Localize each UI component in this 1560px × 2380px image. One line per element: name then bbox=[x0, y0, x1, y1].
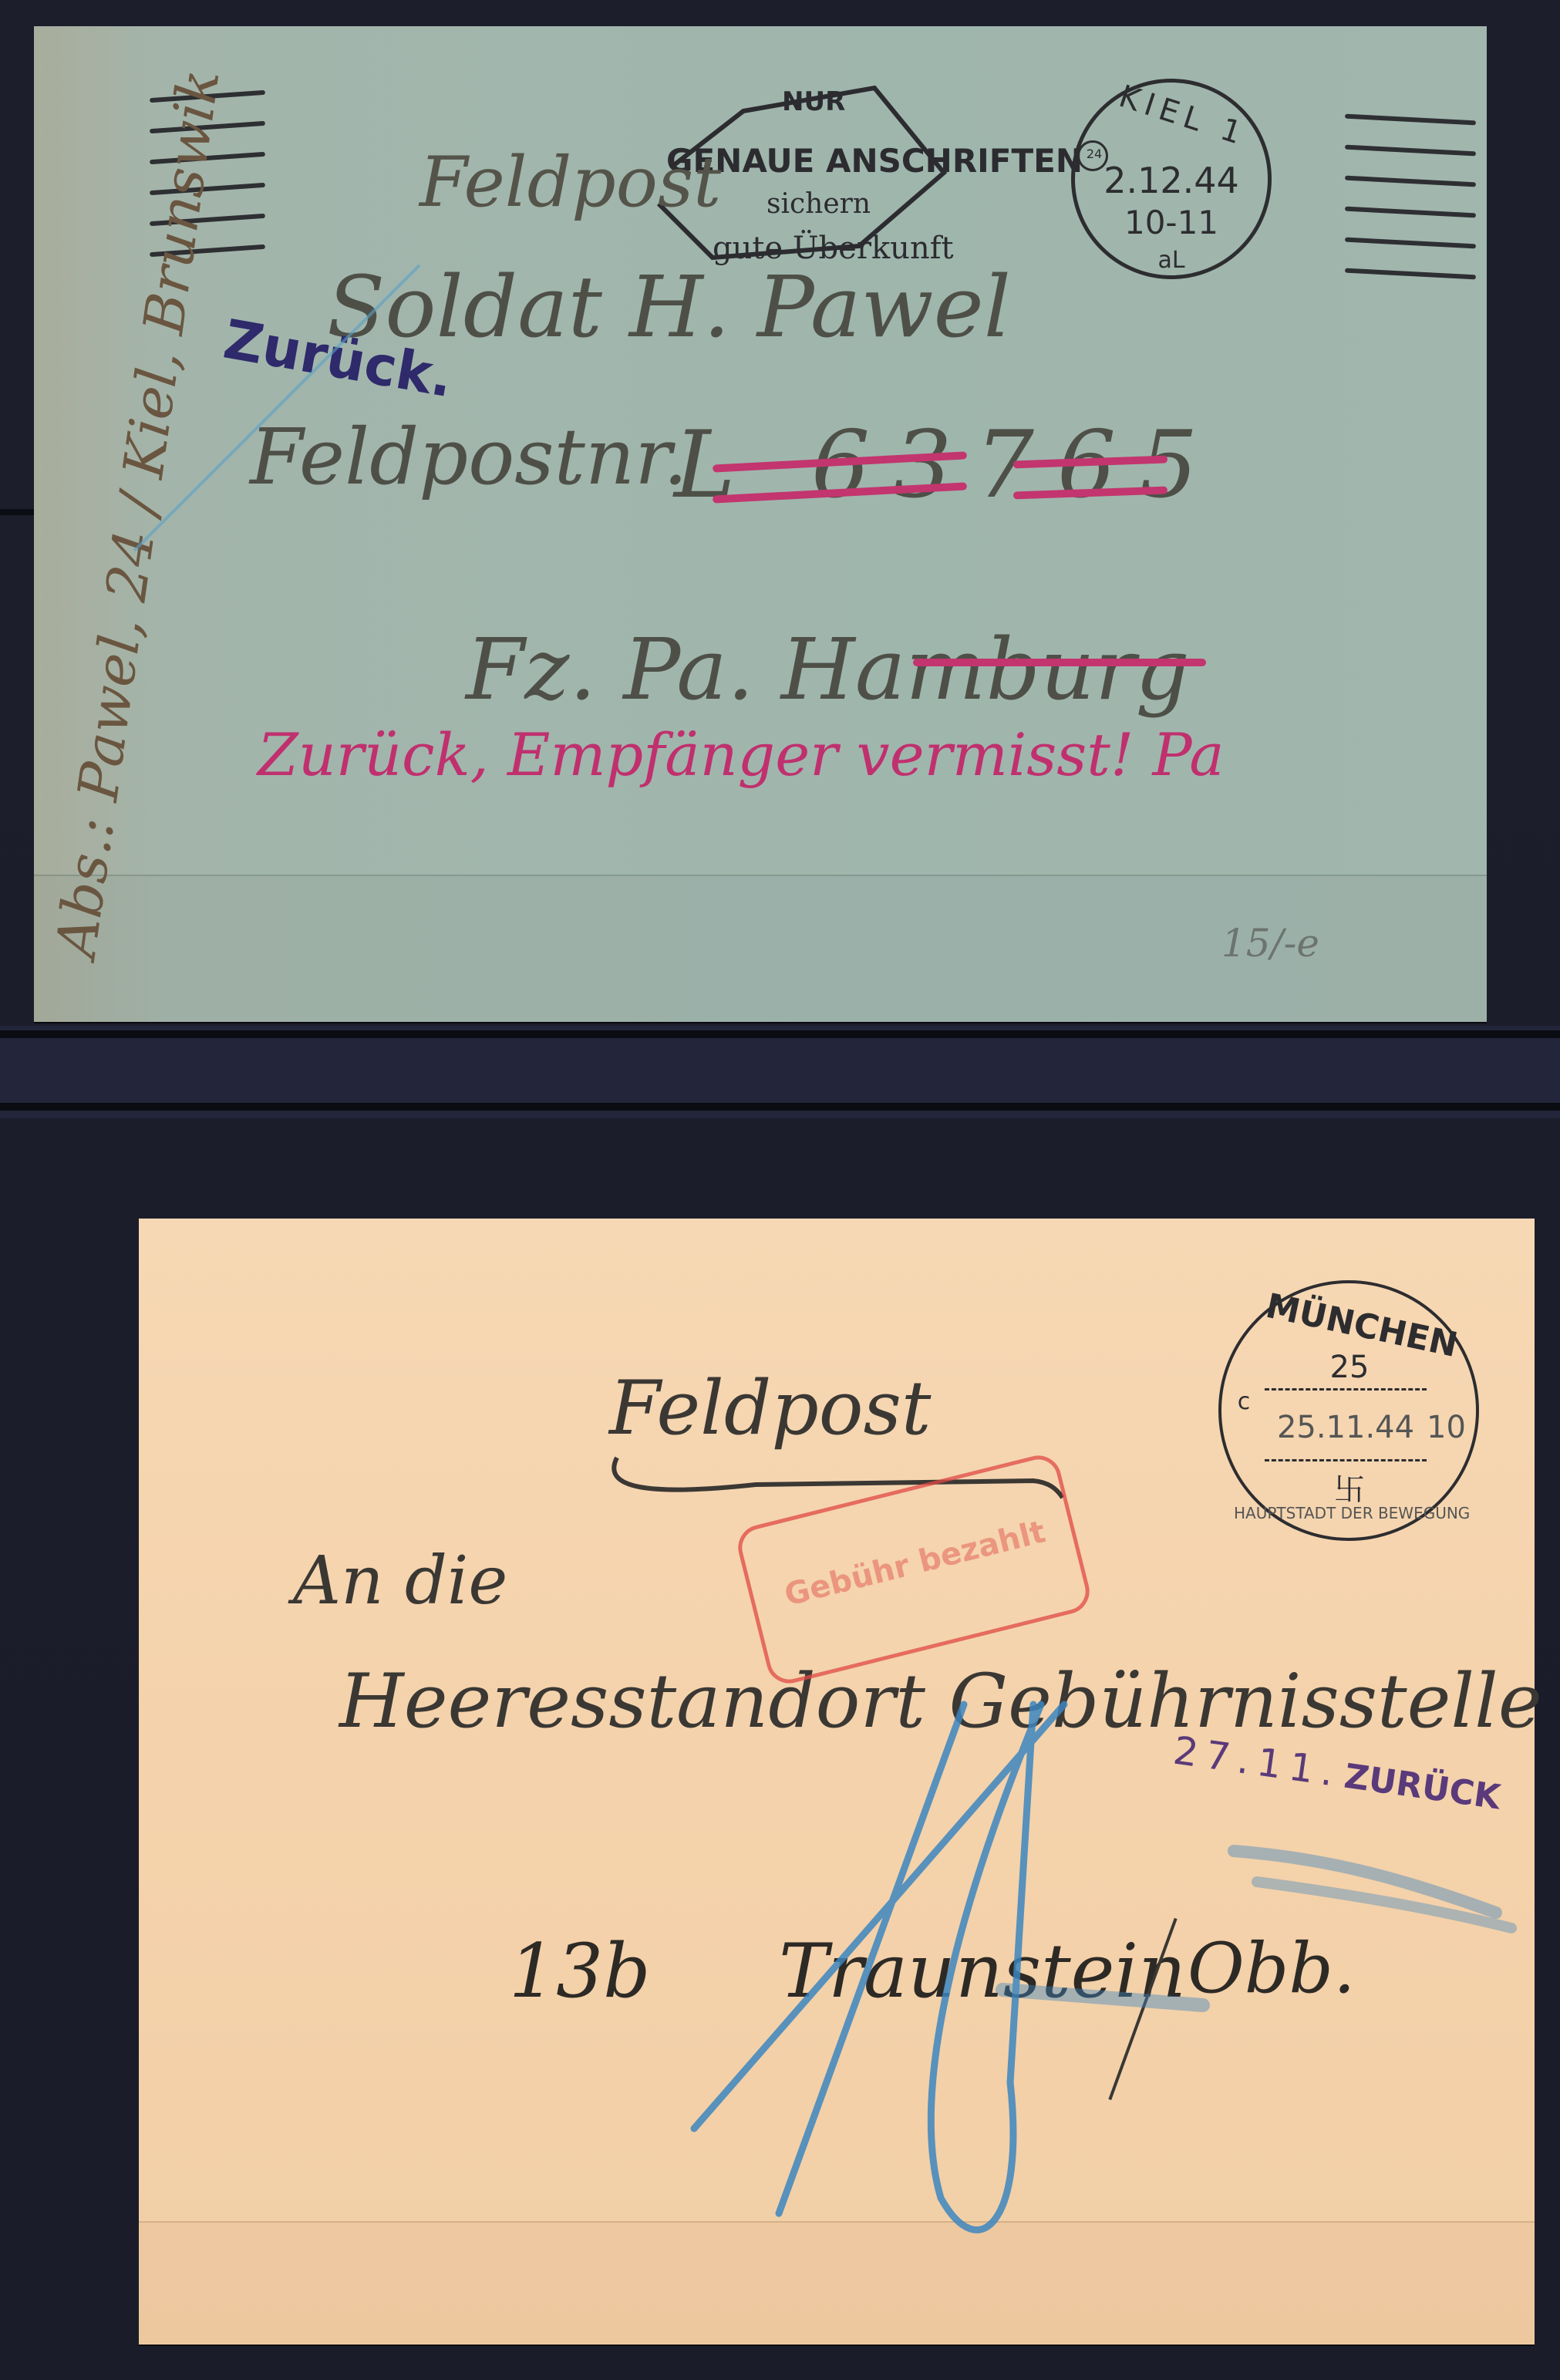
postmark-suffix: aL bbox=[1141, 247, 1202, 274]
postmark-date: 25.11.44 bbox=[1257, 1410, 1434, 1445]
postmark-slogan: HAUPTSTADT DER BEWEGUNG bbox=[1234, 1504, 1465, 1522]
kiel-postmark: 24 KIEL 1 2.12.44 10-11 aL bbox=[1071, 79, 1272, 279]
feldpost-header: Feldpost bbox=[609, 1365, 931, 1451]
handwritten-header: Feldpost bbox=[419, 142, 721, 223]
album-strip-edge bbox=[0, 1103, 1560, 1111]
red-annotation: Zurück, Empfänger vermisst! Pa bbox=[258, 720, 1225, 789]
recipient-unit: Fz. Pa. Hamburg bbox=[466, 620, 1190, 719]
album-strip-edge bbox=[0, 1030, 1560, 1038]
blue-crayon-mark-icon bbox=[370, 1604, 1527, 2298]
postmark-time: 10 bbox=[1427, 1410, 1465, 1445]
red-box-stamp-text: Gebühr bezahlt bbox=[781, 1514, 1049, 1613]
postmark-emblem-icon: 卐 bbox=[1326, 1465, 1373, 1509]
slogan-line-2: GENAUE ANSCHRIFTEN bbox=[666, 142, 1083, 180]
red-strikethrough bbox=[913, 659, 1206, 666]
pencil-note: 15/-e bbox=[1221, 921, 1319, 966]
slogan-line-3: sichern bbox=[767, 188, 871, 220]
slogan-line-1: NUR bbox=[782, 86, 845, 117]
album-strip-edge bbox=[0, 509, 34, 515]
bottom-cover: Feldpost An die Heeresstandort Gebührnis… bbox=[139, 1219, 1535, 2345]
blue-pencil-stroke-icon bbox=[111, 258, 435, 566]
top-cover: NUR GENAUE ANSCHRIFTEN sichern gute Über… bbox=[34, 26, 1487, 1022]
postmark-date: 2.12.44 bbox=[1102, 160, 1241, 201]
postmark-time: 10-11 bbox=[1102, 204, 1241, 241]
postmark-letter: c bbox=[1232, 1388, 1255, 1415]
postmark-office: 25 bbox=[1311, 1350, 1388, 1385]
muenchen-postmark: MÜNCHEN 25 c 25.11.44 10 卐 HAUPTSTADT DE… bbox=[1218, 1280, 1481, 1542]
